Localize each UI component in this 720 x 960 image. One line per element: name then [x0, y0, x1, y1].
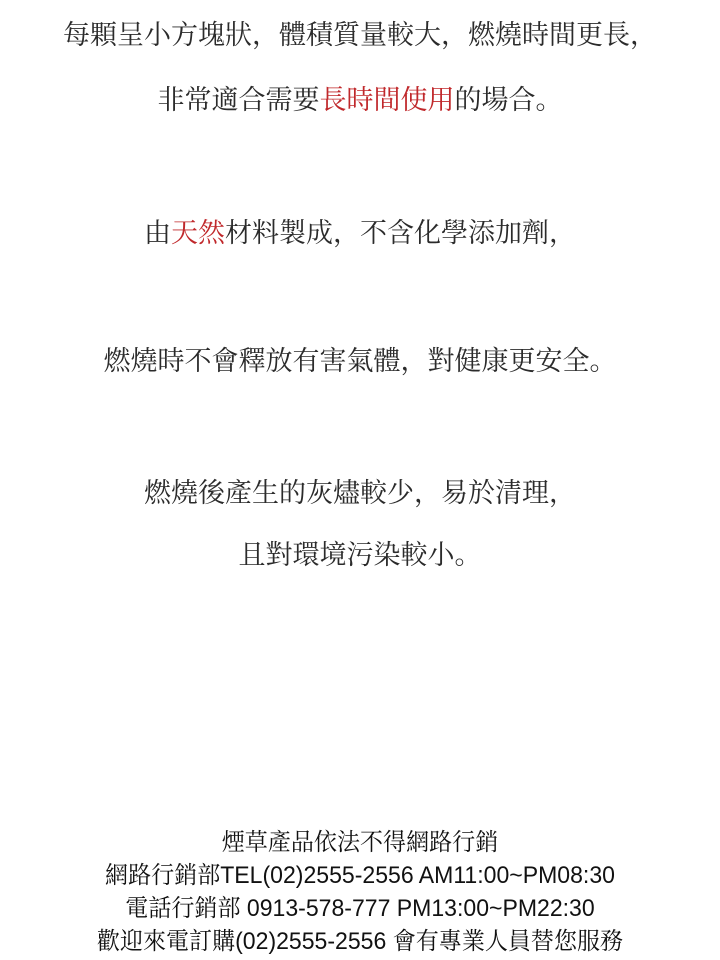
description-line-1: 每顆呈小方塊狀，體積質量較大，燃燒時間更長， [0, 18, 720, 54]
highlight-text: 天然 [171, 218, 225, 249]
contact-footer: 煙草產品依法不得網路行銷 網路行銷部TEL(02)2555-2556 AM11:… [0, 826, 720, 958]
phone-sales-contact: 電話行銷部 0913-578-777 PM13:00~PM22:30 [14, 892, 705, 925]
text-segment: 材料製成，不含化學添加劑， [225, 218, 576, 249]
online-sales-contact: 網路行銷部TEL(02)2555-2556 AM11:00~PM08:30 [14, 859, 705, 892]
legal-notice: 煙草產品依法不得網路行銷 [14, 826, 705, 859]
text-segment: 的場合。 [455, 85, 563, 116]
text-segment: 且對環境污染較小。 [239, 540, 482, 571]
description-line-2: 非常適合需要長時間使用的場合。 [0, 83, 720, 119]
text-segment: 由 [144, 218, 171, 249]
description-line-3: 由天然材料製成，不含化學添加劑， [0, 216, 720, 252]
highlight-text: 長時間使用 [320, 85, 455, 116]
description-line-6: 且對環境污染較小。 [0, 538, 720, 574]
text-segment: 燃燒後產生的灰燼較少，易於清理， [144, 478, 576, 509]
text-segment: 非常適合需要 [158, 85, 320, 116]
description-line-4: 燃燒時不會釋放有害氣體，對健康更安全。 [0, 344, 720, 380]
description-line-5: 燃燒後產生的灰燼較少，易於清理， [0, 476, 720, 512]
text-segment: 每顆呈小方塊狀，體積質量較大，燃燒時間更長， [63, 20, 657, 51]
text-segment: 燃燒時不會釋放有害氣體，對健康更安全。 [104, 346, 617, 377]
order-info: 歡迎來電訂購(02)2555-2556 會有專業人員替您服務 [14, 925, 705, 958]
